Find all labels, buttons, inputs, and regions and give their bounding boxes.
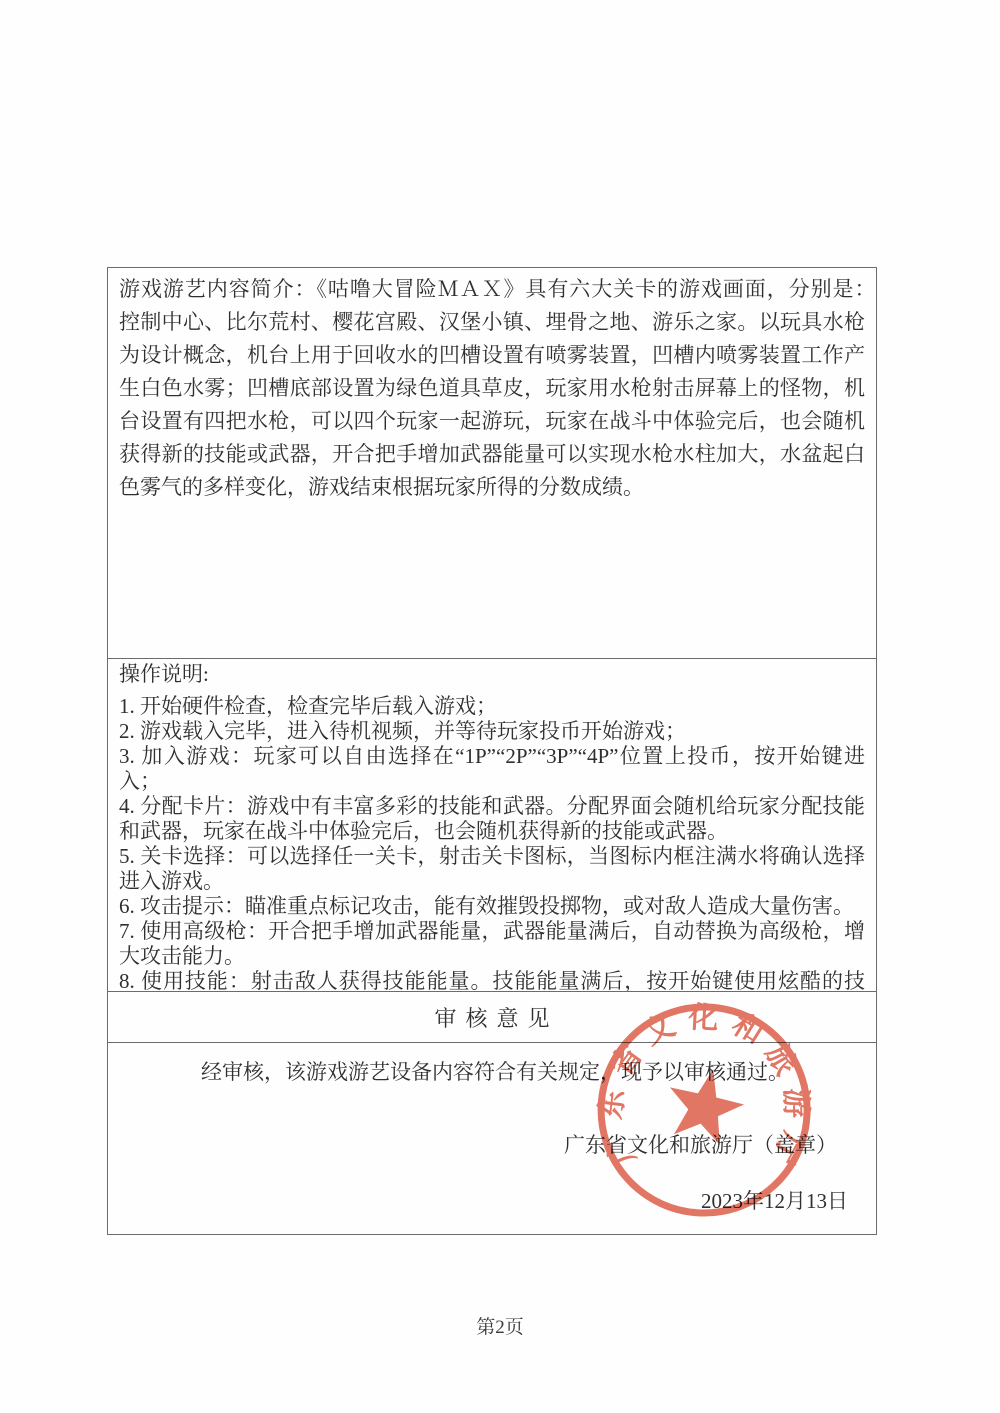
review-opinion-title: 审核意见 bbox=[425, 1002, 558, 1033]
approval-date: 2023年12月13日 bbox=[701, 1185, 848, 1215]
review-opinion-header-cell: 审核意见 bbox=[108, 991, 876, 1042]
game-content-intro-cell: 游戏游艺内容简介：《咕噜大冒险ＭＡＸ》具有六大关卡的游戏画面，分别是： 控制中心… bbox=[108, 268, 876, 658]
operation-step-2: 2. 游戏载入完毕，进入待机视频，并等待玩家投币开始游戏； bbox=[119, 719, 865, 744]
operation-step-6: 6. 攻击提示：瞄准重点标记攻击，能有效摧毁投掷物，或对敌人造成大量伤害。 bbox=[119, 894, 865, 919]
operation-step-1: 1. 开始硬件检查，检查完毕后载入游戏； bbox=[119, 694, 865, 719]
scanned-approval-document: 游戏游艺内容简介：《咕噜大冒险ＭＡＸ》具有六大关卡的游戏画面，分别是： 控制中心… bbox=[0, 0, 1000, 1413]
operation-instructions-cell: 操作说明: 1. 开始硬件检查，检查完毕后载入游戏； 2. 游戏载入完毕，进入待… bbox=[108, 658, 876, 991]
operation-step-8: 8. 使用技能：射击敌人获得技能能量。技能能量满后，按开始键使用炫酷的技能。 bbox=[119, 969, 865, 991]
review-conclusion-text: 经审核，该游戏游艺设备内容符合有关规定，现予以审核通过。 bbox=[201, 1057, 856, 1087]
operation-instructions-title: 操作说明: bbox=[119, 662, 865, 687]
review-opinion-body-cell: 经审核，该游戏游艺设备内容符合有关规定，现予以审核通过。 广东省文化和旅游厅（盖… bbox=[108, 1042, 876, 1234]
operation-step-4: 4. 分配卡片：游戏中有丰富多彩的技能和武器。分配界面会随机给玩家分配技能和武器… bbox=[119, 794, 865, 844]
operation-step-5: 5. 关卡选择：可以选择任一关卡，射击关卡图标，当图标内框注满水将确认选择进入游… bbox=[119, 844, 865, 894]
authority-signature-text: 广东省文化和旅游厅（盖章） bbox=[564, 1129, 837, 1159]
approval-form-table: 游戏游艺内容简介：《咕噜大冒险ＭＡＸ》具有六大关卡的游戏画面，分别是： 控制中心… bbox=[107, 267, 877, 1235]
game-content-intro-text: 游戏游艺内容简介：《咕噜大冒险ＭＡＸ》具有六大关卡的游戏画面，分别是： 控制中心… bbox=[119, 277, 876, 499]
page-number: 第2页 bbox=[0, 1312, 1000, 1339]
operation-step-7: 7. 使用高级枪：开合把手增加武器能量，武器能量满后，自动替换为高级枪，增大攻击… bbox=[119, 919, 865, 969]
operation-step-3: 3. 加入游戏：玩家可以自由选择在“1P”“2P”“3P”“4P”位置上投币，按… bbox=[119, 744, 865, 794]
